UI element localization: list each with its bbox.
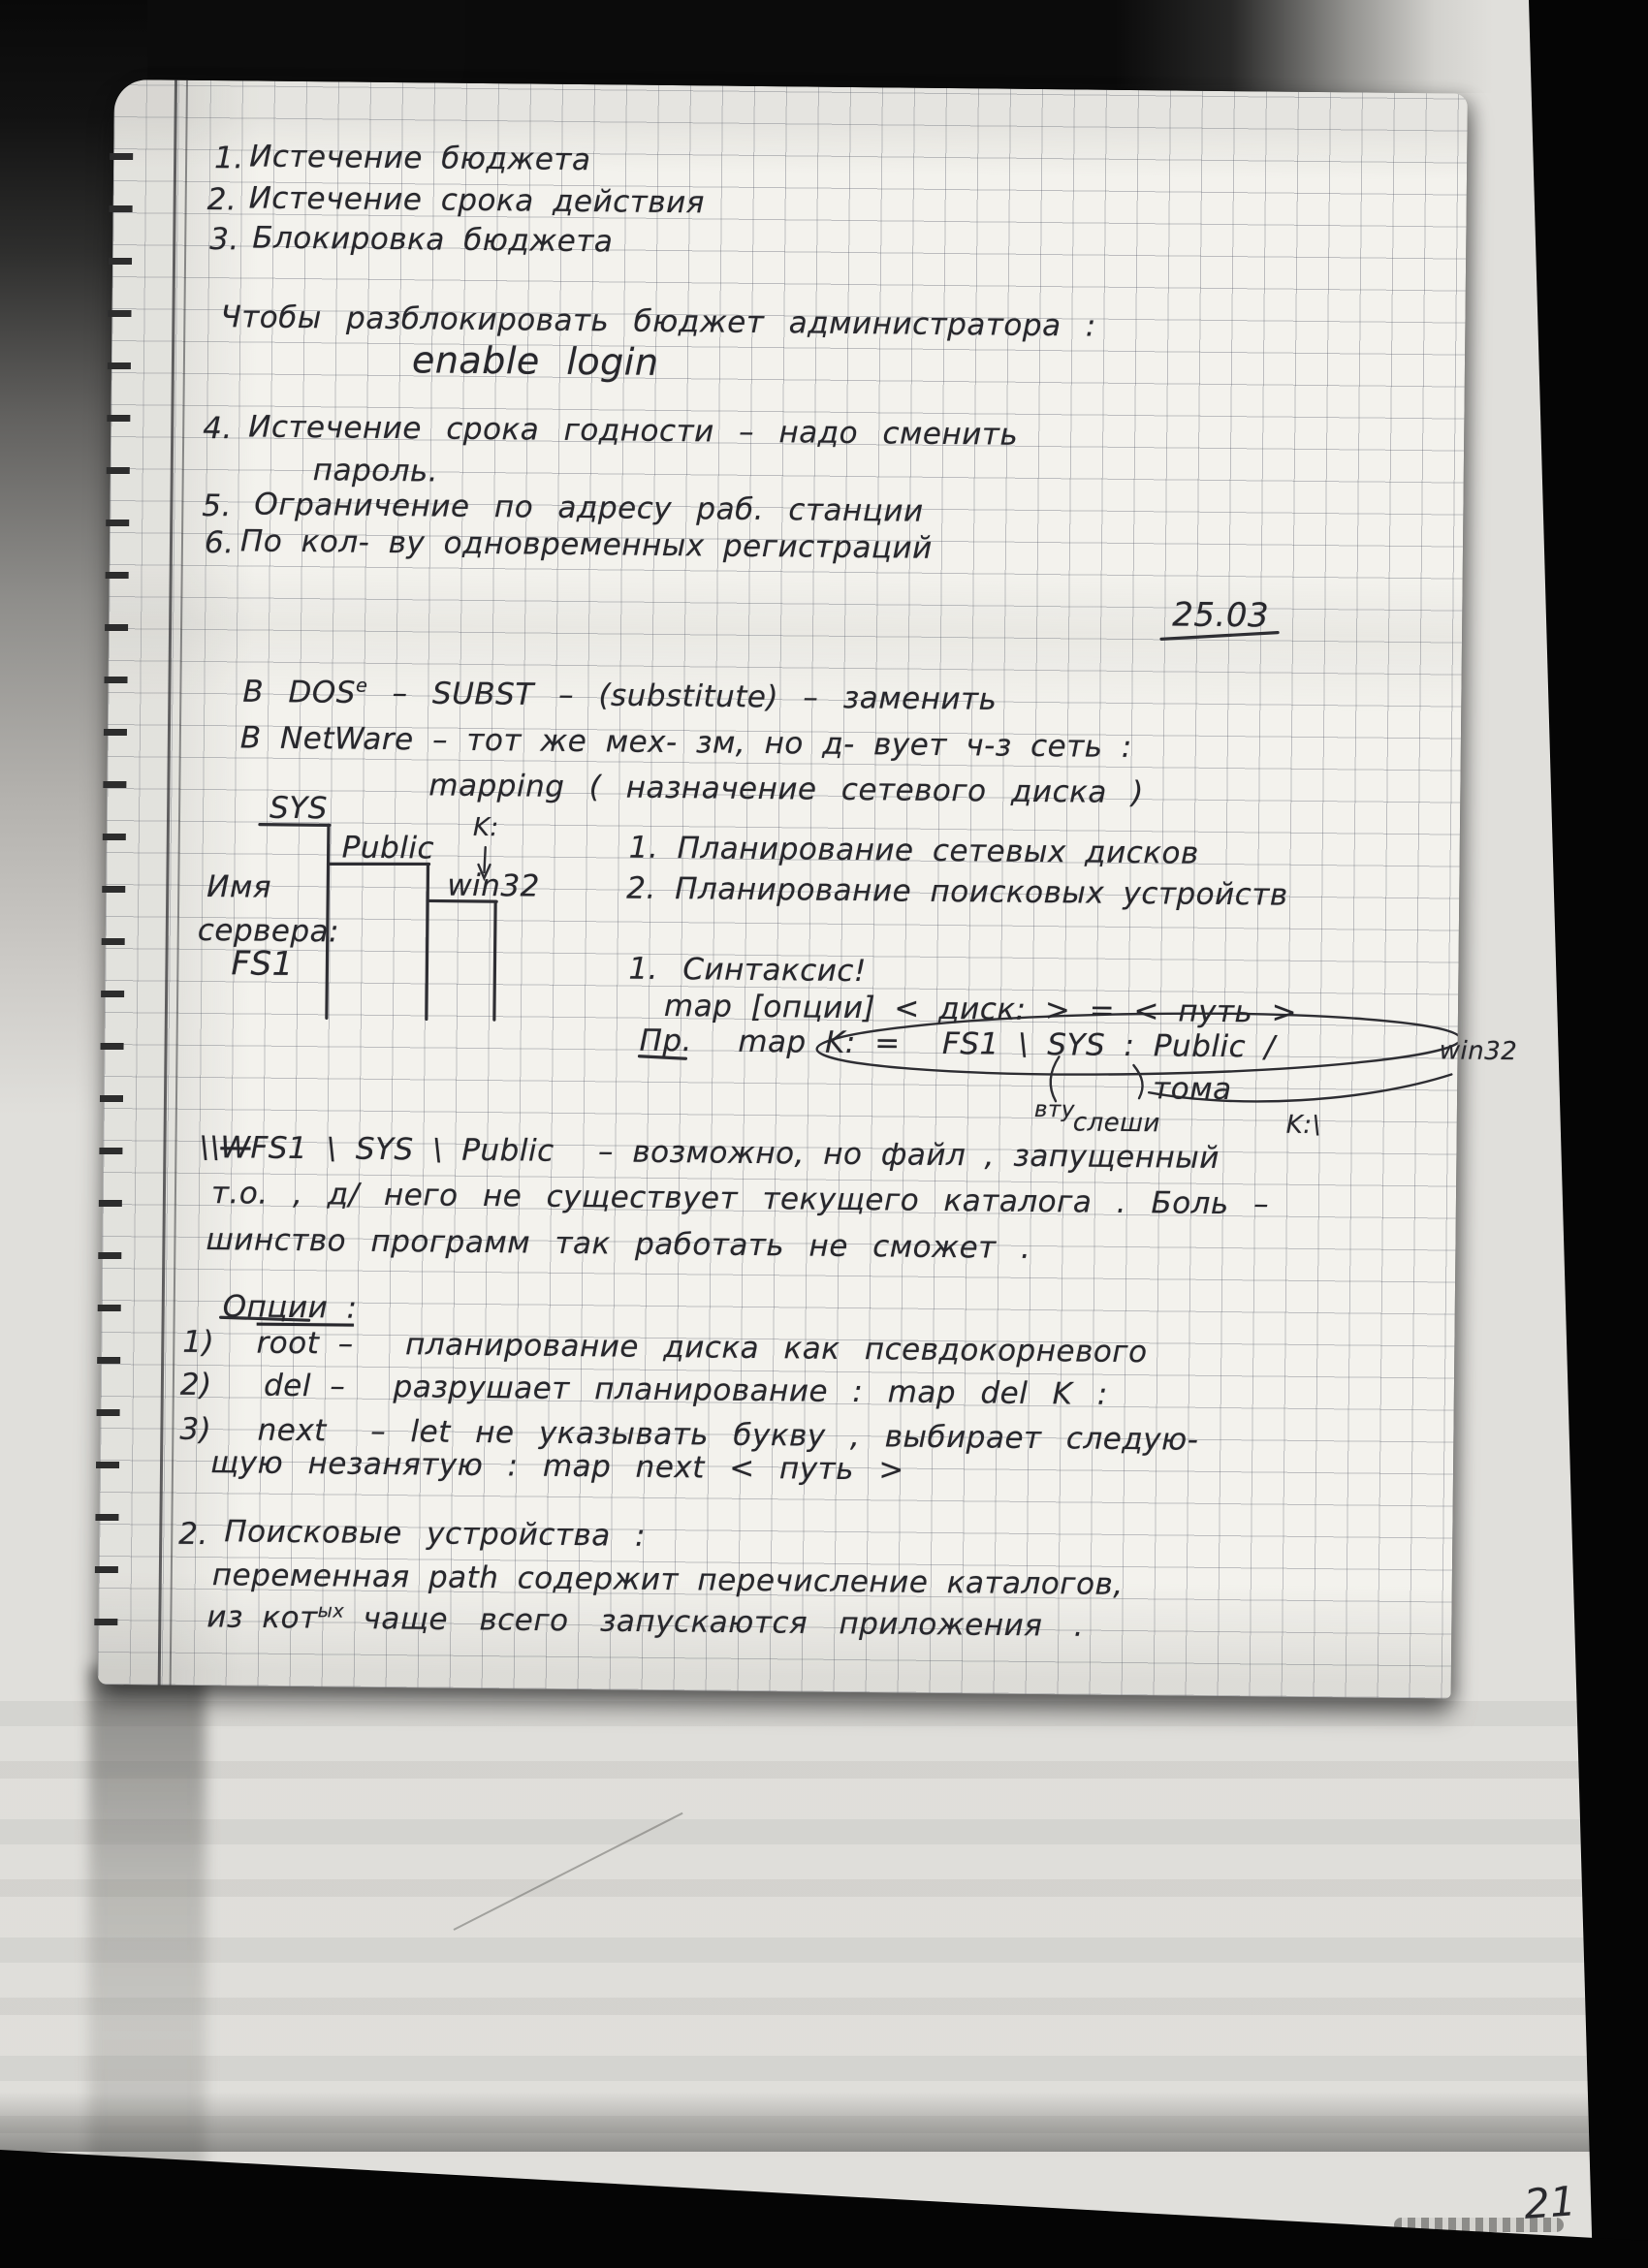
annotation-small: вту [1034,1097,1075,1122]
search-line3-rest: чаще всего запускаются приложения . [363,1601,1084,1644]
option-number: 1) [182,1325,214,1360]
unc-line: \\WFS1 \ SYS \ Public – возможно, но фай… [199,1130,1220,1176]
mapping-line: mapping ( назначение сетевого диска ) [428,768,1144,810]
dos-superscript: e [356,675,368,697]
example-command: map K: = [738,1024,901,1061]
unc-rest: – возможно, но файл , запущенный [598,1134,1220,1176]
search-line3-start: из кот [206,1599,318,1635]
options-heading: Опции : [223,1289,358,1325]
search-line3: из котых чаще всего запускаются приложен… [206,1598,1084,1644]
notebook-page: 1. Истечение бюджета 2. Истечение срока … [98,79,1468,1699]
netware-line: В NetWare – тот же мех- зм, но д- вует ч… [240,720,1132,765]
list-item-text: Истечение срока действия [249,180,706,220]
unc-line2: т.о. , д/ него не существует текущего ка… [211,1176,1270,1221]
dos-line: В DOSe – SUBST – (substitute) – заменить [242,673,997,716]
search-superscript: ых [318,1599,345,1622]
diagram-public-label: Public [342,831,435,866]
unc-prefix: \\ [199,1130,220,1165]
scan-bottom-shade [0,2092,1648,2152]
dos-line-start: В DOS [242,675,356,710]
annotation-drive-root: K:\ [1286,1111,1321,1140]
option-desc: разрушает планирование : map del K : [393,1370,1107,1412]
list-item-text: По кол- ву одновременных регистраций [240,523,933,565]
server-name-label: Имя [206,869,271,905]
planning-item: 1. Планирование сетевых дисков [629,831,1199,871]
example-path: FS1 \ SYS : Public / [942,1026,1276,1065]
option-desc: планирование диска как псевдокорневого [405,1327,1148,1370]
list-item-number: 4. [203,411,233,446]
list-item-number: 6. [205,525,235,560]
map-example-line: Пр. map K: = FS1 \ SYS : Public / win32 [639,1024,1517,1067]
search-title: Поисковые устройства : [224,1514,646,1554]
enable-login-command: enable login [412,338,659,384]
list-item-text: Истечение срока годности – надо сменить [248,409,1018,452]
search-line2: переменная path содержит перечисление ка… [212,1558,1124,1602]
option-name: root – [256,1326,354,1362]
unlock-note-line: Чтобы разблокировать бюджет администрато… [220,299,1096,343]
option-number: 3) [179,1412,211,1447]
option-name: del – [264,1369,346,1404]
list-item-number: 2. [207,182,238,217]
option-name: next [257,1413,327,1449]
dos-line-rest: – SUBST – (substitute) – заменить [392,676,997,717]
diagram-win32-label: win32 [447,868,540,904]
annotation-slashes: слеши [1073,1108,1160,1138]
example-tail: win32 [1440,1036,1518,1066]
date-label: 25.03 [1172,595,1269,635]
annotation-volume: тома [1153,1071,1232,1107]
syntax-title: 1. Синтаксис! [628,952,867,990]
diagram-sys-label: SYS [269,791,328,827]
option-row: 1) root – планирование диска как псевдок… [182,1325,1148,1370]
list-item-number: 3. [209,222,239,257]
search-number: 2. [178,1517,208,1552]
list-item-number: 1. [214,141,244,175]
server-name-value: FS1 [231,944,294,984]
option-number: 2) [180,1368,212,1402]
example-label: Пр. [639,1024,692,1059]
diagram-drive-label: K: [473,813,499,842]
option-wrap-line: щую незанятую : map next < путь > [210,1445,904,1487]
list-item-wrap: пароль. [313,453,439,488]
planning-item: 2. Планирование поисковых устройств [626,871,1288,913]
unc-line3: шинство программ так работать не сможет … [206,1222,1030,1266]
list-item-number: 5. [202,488,232,523]
anno-curve-mid [1133,1065,1143,1098]
list-item-text: Блокировка бюджета [252,221,613,260]
page-number: 21 [1522,2177,1577,2228]
anno-curve-left [1051,1056,1060,1101]
scanned-notebook-page: 1. Истечение бюджета 2. Истечение срока … [0,0,1648,2268]
unc-struck-char: W [220,1130,251,1165]
list-item-text: Истечение бюджета [249,139,591,177]
list-item-text: Ограничение по адресу раб. станции [254,488,924,529]
scan-bottom-streaks [0,1701,1648,2157]
unc-path: FS1 \ SYS \ Public [250,1131,554,1169]
option-row: 2) del – разрушает планирование : map de… [180,1368,1108,1412]
